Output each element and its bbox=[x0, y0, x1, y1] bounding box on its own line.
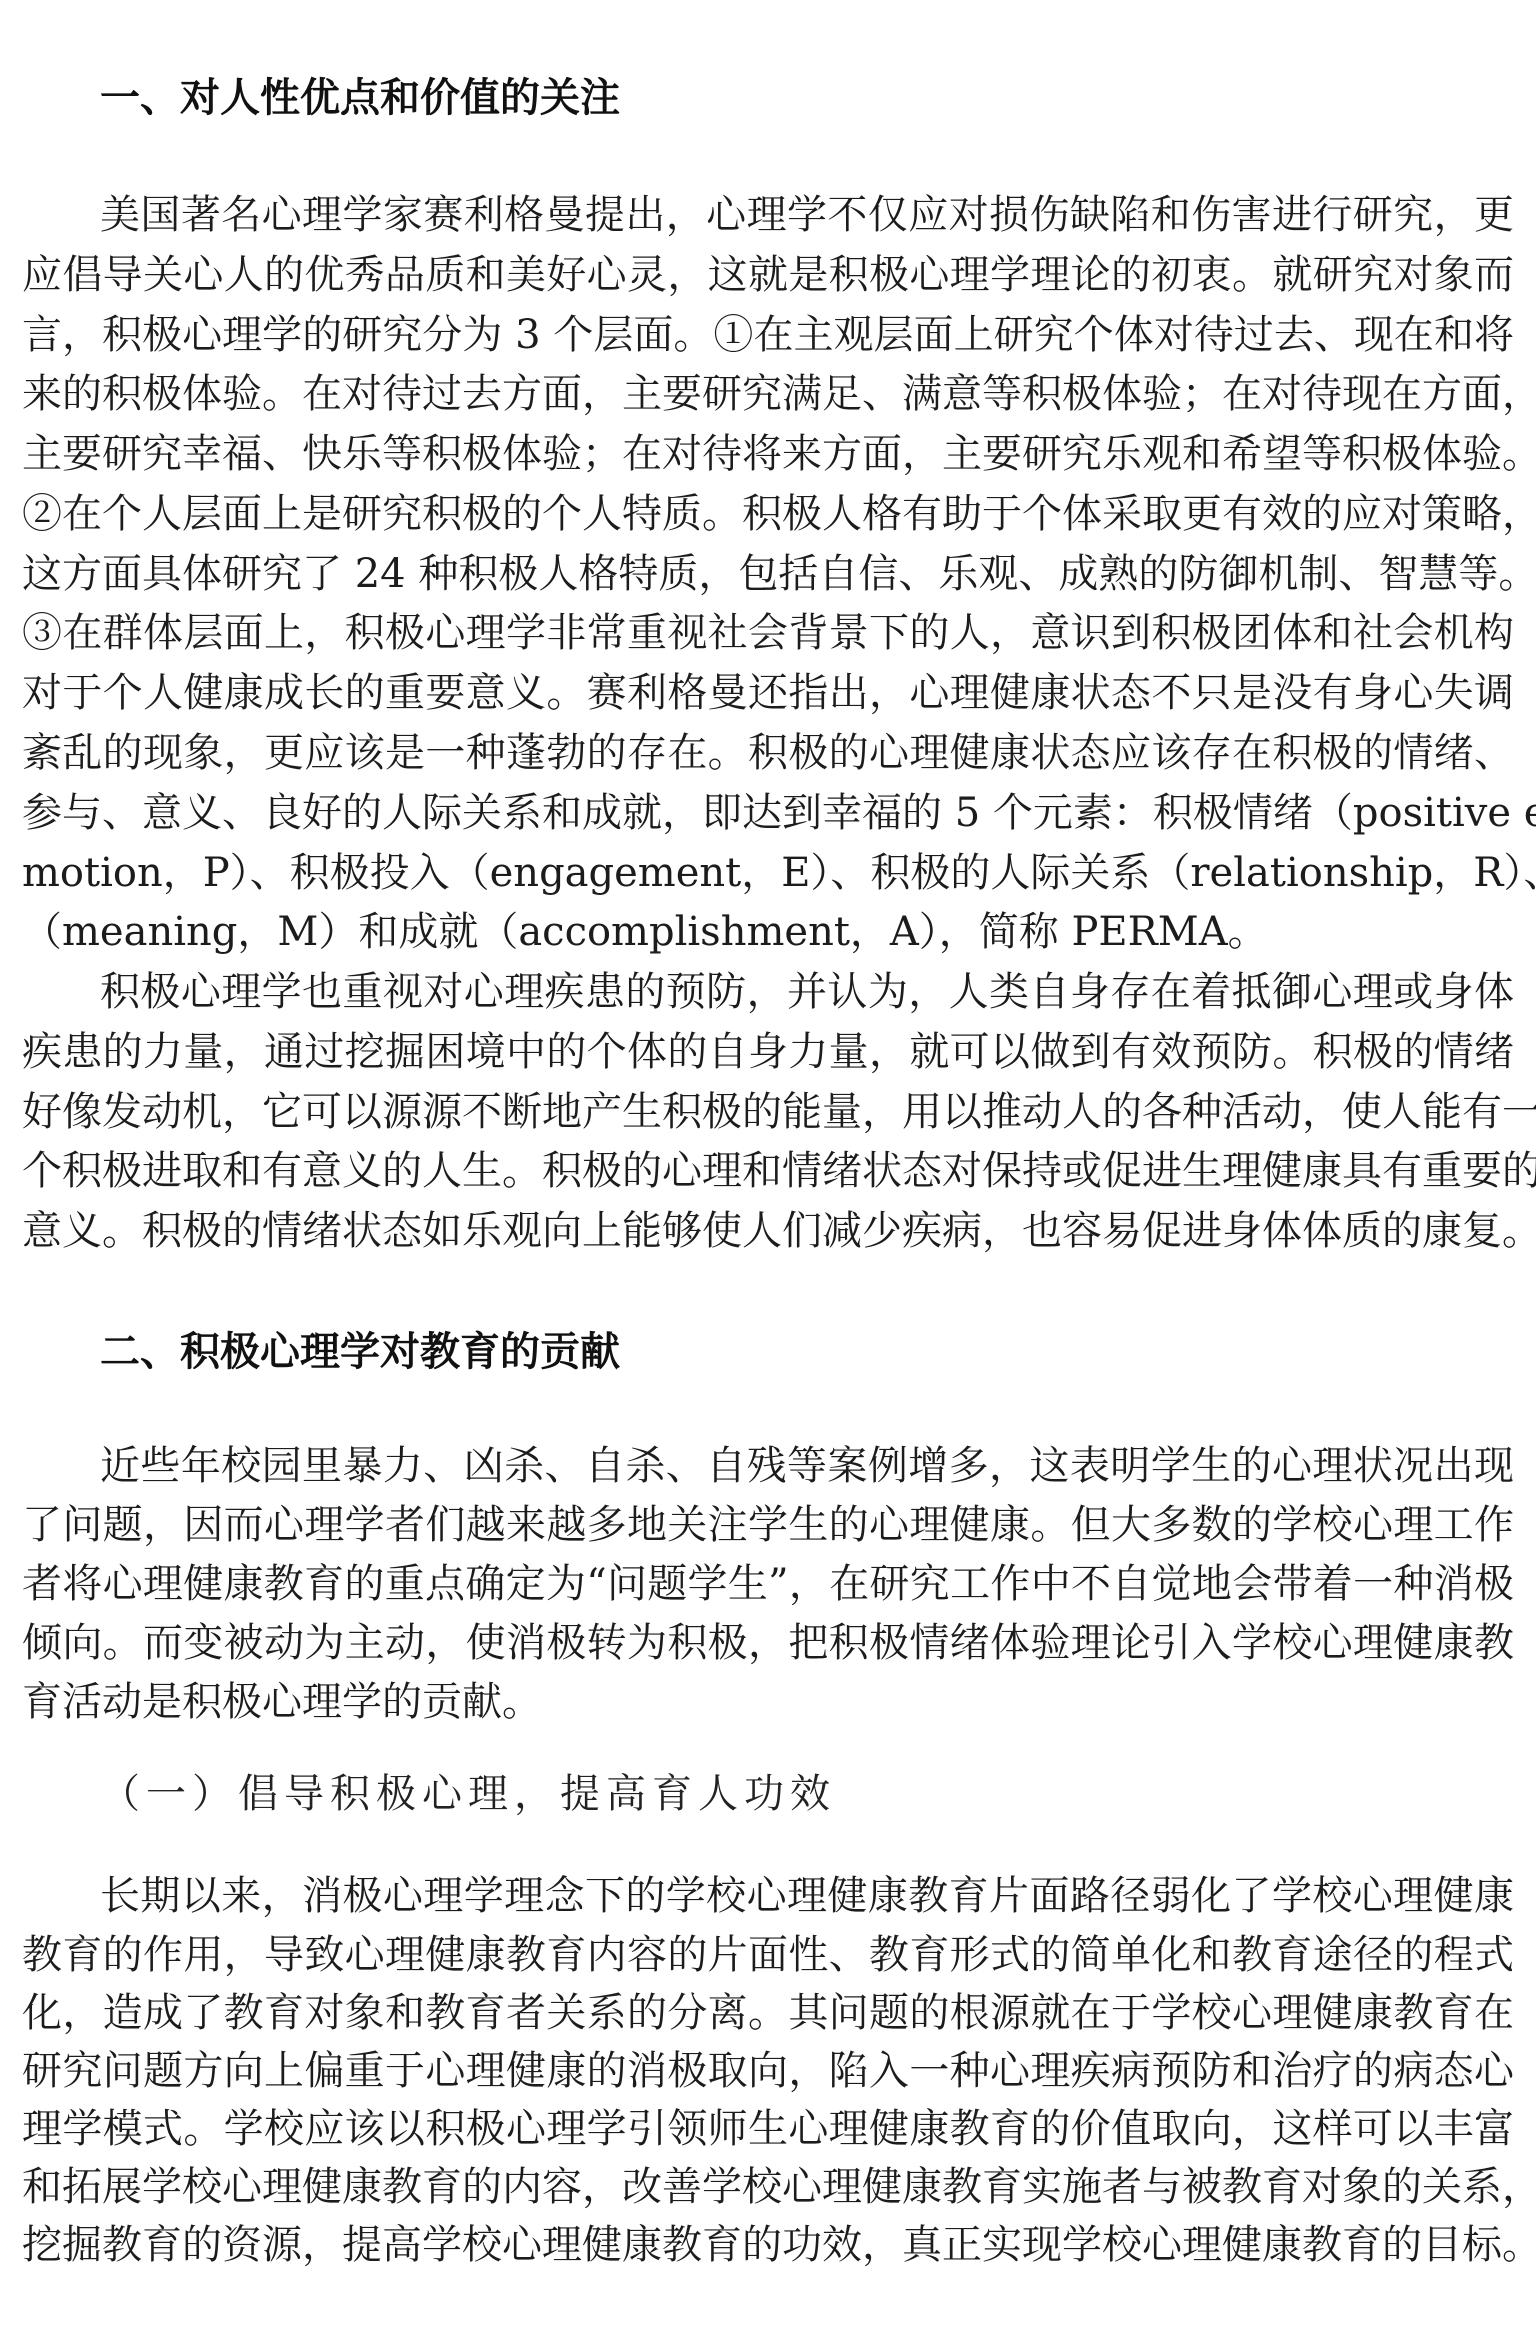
section-heading-1: 一、对人性优点和价值的关注 bbox=[100, 74, 620, 122]
text-line: 长期以来，消极心理学理念下的学校心理健康教育片面路径弱化了学校心理健康 bbox=[100, 1871, 1514, 1921]
text-line: 参与、意义、良好的人际关系和成就，即达到幸福的 5 个元素：积极情绪（posit… bbox=[22, 788, 1514, 838]
text-line: 疾患的力量，通过挖掘困境中的个体的自身力量，就可以做到有效预防。积极的情绪 bbox=[22, 1027, 1514, 1077]
text-line: 者将心理健康教育的重点确定为“问题学生”，在研究工作中不自觉地会带着一种消极 bbox=[22, 1559, 1514, 1609]
text-line: 育活动是积极心理学的贡献。 bbox=[22, 1677, 1514, 1727]
text-line: 个积极进取和有意义的人生。积极的心理和情绪状态对保持或促进生理健康具有重要的 bbox=[22, 1146, 1514, 1196]
text-line: 积极心理学也重视对心理疾患的预防，并认为，人类自身存在着抵御心理或身体 bbox=[100, 967, 1514, 1017]
text-line: motion，P）、积极投入（engagement，E）、积极的人际关系（rel… bbox=[22, 848, 1514, 898]
text-line: 和拓展学校心理健康教育的内容，改善学校心理健康教育实施者与被教育对象的关系， bbox=[22, 2162, 1514, 2212]
text-line: 了问题，因而心理学者们越来越多地关注学生的心理健康。但大多数的学校心理工作 bbox=[22, 1500, 1514, 1550]
text-line: ②在个人层面上是研究积极的个人特质。积极人格有助于个体采取更有效的应对策略， bbox=[22, 489, 1514, 539]
text-line: 意义。积极的情绪状态如乐观向上能够使人们减少疾病，也容易促进身体体质的康复。 bbox=[22, 1206, 1514, 1256]
text-line: 主要研究幸福、快乐等积极体验；在对待将来方面，主要研究乐观和希望等积极体验。 bbox=[22, 429, 1514, 479]
text-line: 理学模式。学校应该以积极心理学引领师生心理健康教育的价值取向，这样可以丰富 bbox=[22, 2104, 1514, 2154]
text-line: 化，造成了教育对象和教育者关系的分离。其问题的根源就在于学校心理健康教育在 bbox=[22, 1988, 1514, 2038]
text-line: 应倡导关心人的优秀品质和美好心灵，这就是积极心理学理论的初衷。就研究对象而 bbox=[22, 250, 1514, 300]
text-line: 好像发动机，它可以源源不断地产生积极的能量，用以推动人的各种活动，使人能有一 bbox=[22, 1087, 1514, 1137]
text-line: 教育的作用，导致心理健康教育内容的片面性、教育形式的简单化和教育途径的程式 bbox=[22, 1930, 1514, 1980]
text-line: ③在群体层面上，积极心理学非常重视社会背景下的人，意识到积极团体和社会机构 bbox=[22, 608, 1514, 658]
text-line: 研究问题方向上偏重于心理健康的消极取向，陷入一种心理疾病预防和治疗的病态心 bbox=[22, 2046, 1514, 2096]
text-line: 紊乱的现象，更应该是一种蓬勃的存在。积极的心理健康状态应该存在积极的情绪、 bbox=[22, 728, 1514, 778]
subsection-heading-1: （一）倡导积极心理，提高育人功效 bbox=[100, 1770, 836, 1818]
text-line: 倾向。而变被动为主动，使消极转为积极，把积极情绪体验理论引入学校心理健康教 bbox=[22, 1618, 1514, 1668]
text-line: 挖掘教育的资源，提高学校心理健康教育的功效，真正实现学校心理健康教育的目标。 bbox=[22, 2220, 1514, 2270]
text-line: 美国著名心理学家赛利格曼提出，心理学不仅应对损伤缺陷和伤害进行研究，更 bbox=[100, 190, 1514, 240]
text-line: 近些年校园里暴力、凶杀、自杀、自残等案例增多，这表明学生的心理状况出现 bbox=[100, 1441, 1514, 1491]
text-line: 这方面具体研究了 24 种积极人格特质，包括自信、乐观、成熟的防御机制、智慧等。 bbox=[22, 549, 1514, 599]
text-line: 对于个人健康成长的重要意义。赛利格曼还指出，心理健康状态不只是没有身心失调 bbox=[22, 668, 1514, 718]
section-heading-2: 二、积极心理学对教育的贡献 bbox=[100, 1328, 620, 1376]
document-page: 一、对人性优点和价值的关注 美国著名心理学家赛利格曼提出，心理学不仅应对损伤缺陷… bbox=[0, 0, 1536, 2333]
text-line: 来的积极体验。在对待过去方面，主要研究满足、满意等积极体验；在对待现在方面， bbox=[22, 369, 1514, 419]
text-line: （meaning，M）和成就（accomplishment，A），简称 PERM… bbox=[22, 907, 1514, 957]
text-line: 言，积极心理学的研究分为 3 个层面。①在主观层面上研究个体对待过去、现在和将 bbox=[22, 310, 1514, 360]
